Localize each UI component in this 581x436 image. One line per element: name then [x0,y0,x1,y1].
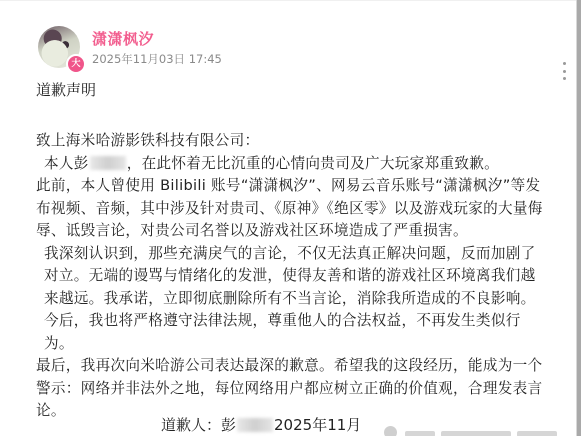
watermark-text-obscured [517,431,557,436]
paragraph-closing: 最后，我再次向米哈游公司表达最深的歉意。希望我的这段经历，能成为一个警示：网络并… [36,355,546,423]
document-title: 道歉声明 [36,79,96,100]
redacted-name [237,418,273,432]
avatar-badge: 大 [66,54,86,74]
paragraph-intro: 本人彭，在此怀着无比沉重的心情向贵司及广大玩家郑重致歉。 [36,153,546,176]
scrollbar[interactable] [577,0,581,436]
salutation: 致上海米哈游影铁科技有限公司： [36,130,546,153]
top-divider [0,0,581,1]
dot [563,77,566,80]
redacted-name [90,156,126,170]
signature-date: 2025年11月 [274,416,361,434]
post-timestamp: 2025年11月03日 17:45 [92,51,222,67]
watermark [384,426,574,436]
username[interactable]: 潇潇枫汐 [92,28,154,49]
vertical-ellipsis-icon[interactable] [560,62,568,80]
signature-label: 道歉人：彭 [161,416,236,434]
paragraph-commitment: 今后，我也将严格遵守法律法规，尊重他人的合法权益，不再发生类似行为。 [36,310,546,355]
document-body: 致上海米哈游影铁科技有限公司： 本人彭，在此怀着无比沉重的心情向贵司及广大玩家郑… [36,130,546,423]
paragraph-reflection: 我深刻认识到，那些充满戾气的言论，不仅无法真正解决问题，反而加剧了对立。无端的谩… [36,243,546,311]
dot [563,62,566,65]
paragraph-background: 此前，本人曾使用 Bilibili 账号“潇潇枫汐”、网易云音乐账号“潇潇枫汐”… [36,175,546,243]
intro-text-after: ，在此怀着无比沉重的心情向贵司及广大玩家郑重致歉。 [127,155,499,172]
dot [563,70,566,73]
signature: 道歉人：彭2025年11月 [161,414,361,435]
avatar[interactable]: 大 [38,26,80,68]
post-header: 大 潇潇枫汐 2025年11月03日 17:45 [38,24,558,70]
intro-text-before: 本人彭 [44,155,89,172]
watermark-text-obscured [405,431,435,436]
watermark-text-obscured [441,431,511,436]
watermark-logo-icon [384,426,397,436]
